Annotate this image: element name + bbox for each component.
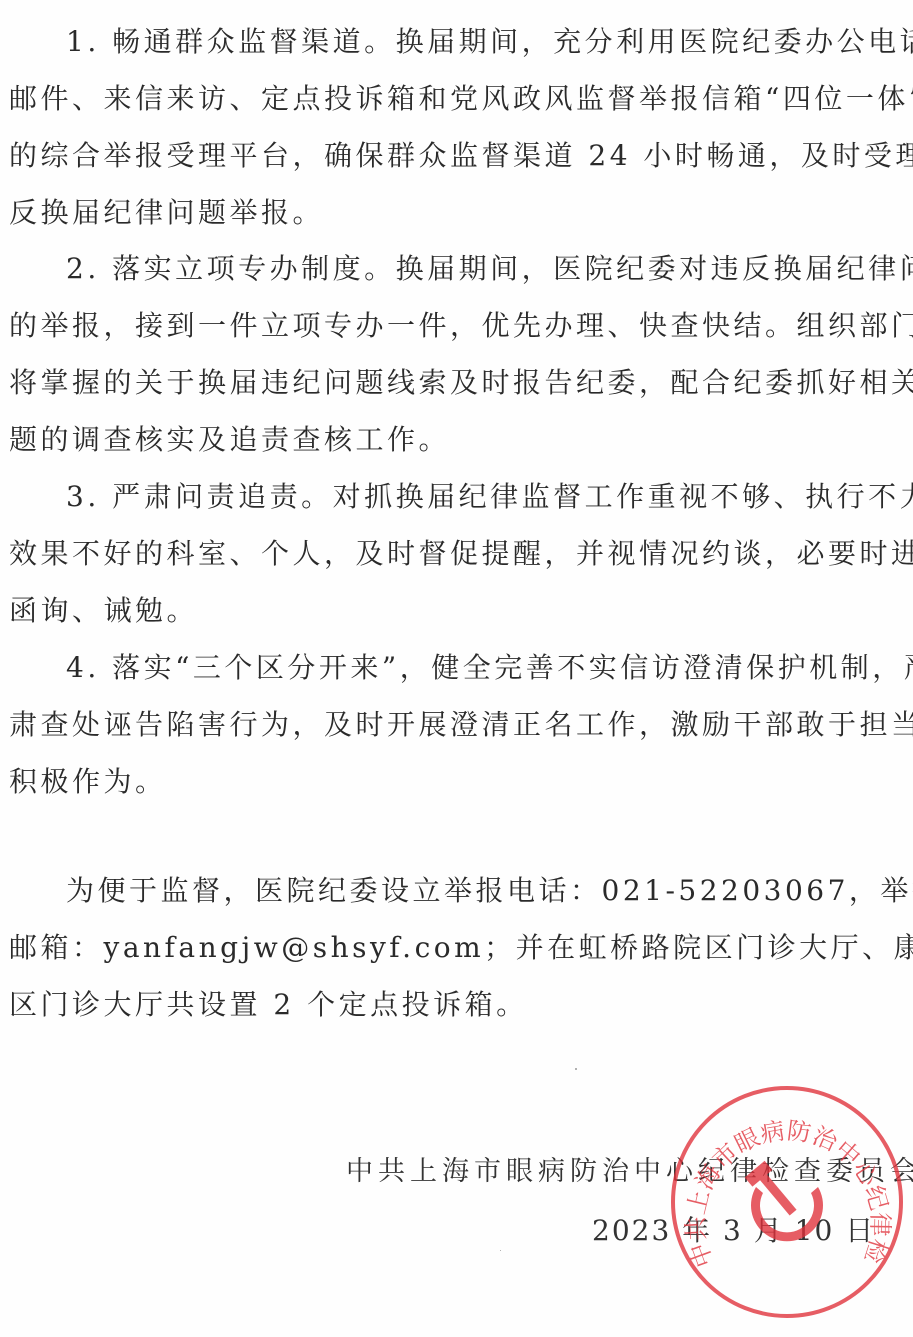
official-seal-icon: 中共上海市眼病防治中心纪律检查委员会: [668, 1083, 906, 1321]
item-1-line-2: 邮件、来信来访、定点投诉箱和党风政风监督举报信箱“四位一体”: [9, 79, 871, 119]
item-1-line-1: 1. 畅通群众监督渠道。换届期间，充分利用医院纪委办公电话/: [66, 22, 871, 62]
scan-speck: [500, 1250, 501, 1251]
item-2-line-2: 的举报，接到一件立项专办一件，优先办理、快查快结。组织部门应: [9, 306, 871, 346]
contact-line-2: 邮箱：yanfangjw@shsyf.com；并在虹桥路院区门诊大厅、康定路院: [9, 928, 871, 968]
scan-speck: [575, 1068, 577, 1070]
hammer-sickle-icon: [745, 1161, 823, 1242]
contact-line-3: 区门诊大厅共设置 2 个定点投诉箱。: [9, 985, 871, 1025]
item-4-line-2: 肃查处诬告陷害行为，及时开展澄清正名工作，激励干部敢于担当、: [9, 705, 871, 745]
item-2-line-4: 题的调查核实及追责查核工作。: [9, 420, 871, 460]
item-3-line-3: 函询、诫勉。: [9, 591, 871, 631]
item-4-line-1: 4. 落实“三个区分开来”，健全完善不实信访澄清保护机制，严: [66, 648, 871, 688]
item-3-line-1: 3. 严肃问责追责。对抓换届纪律监督工作重视不够、执行不力、: [66, 477, 871, 517]
item-4-line-3: 积极作为。: [9, 762, 871, 802]
document-page: 1. 畅通群众监督渠道。换届期间，充分利用医院纪委办公电话/ 邮件、来信来访、定…: [0, 0, 913, 1337]
item-1-line-4: 反换届纪律问题举报。: [9, 193, 871, 233]
item-2-line-1: 2. 落实立项专办制度。换届期间，医院纪委对违反换届纪律问题: [66, 249, 871, 289]
seal-text: 中共上海市眼病防治中心纪律检查委员会: [668, 1083, 894, 1271]
contact-line-1: 为便于监督，医院纪委设立举报电话：021-52203067，举报电子: [66, 871, 871, 911]
svg-text:中共上海市眼病防治中心纪律检查委员会: 中共上海市眼病防治中心纪律检查委员会: [668, 1083, 894, 1271]
item-3-line-2: 效果不好的科室、个人，及时督促提醒，并视情况约谈，必要时进行: [9, 534, 871, 574]
item-2-line-3: 将掌握的关于换届违纪问题线索及时报告纪委，配合纪委抓好相关问: [9, 363, 871, 403]
item-1-line-3: 的综合举报受理平台，确保群众监督渠道 24 小时畅通，及时受理违: [9, 136, 871, 176]
